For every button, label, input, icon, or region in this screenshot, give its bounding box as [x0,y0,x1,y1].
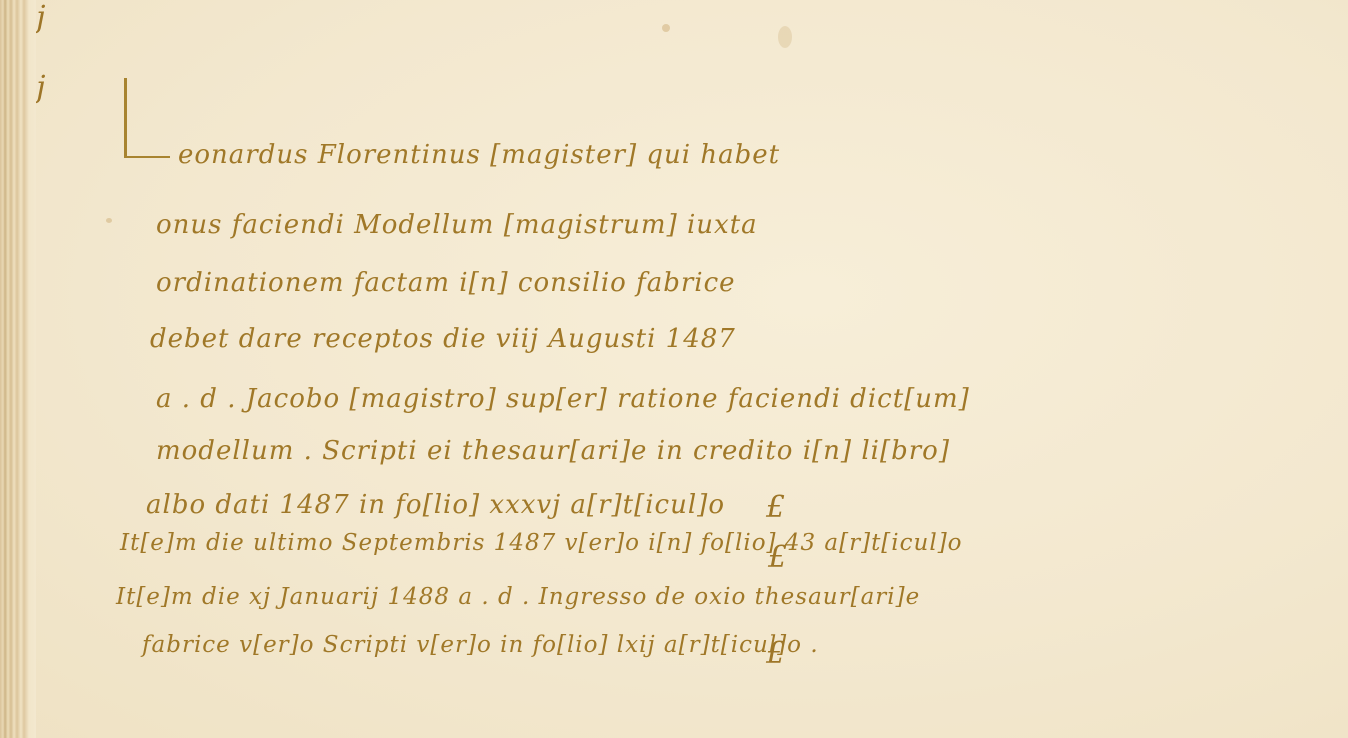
drop-cap: L [124,78,170,158]
amount-1-value: viij [0,0,1348,35]
manuscript-page: L eonardus Florentinus [magister] qui ha… [0,0,1348,738]
text-line-4: debet dare receptos die viij Augusti 148… [150,324,736,354]
paper-stain [662,24,670,32]
page-edges [0,0,36,738]
amount-2-value: viij [0,70,1348,105]
text-line-6: modellum . Scripti ei thesaur[ari]e in c… [156,436,950,466]
text-line-10: fabrice v[er]o Scripti v[er]o in fo[lio]… [142,632,819,658]
pound-mark: £ [766,636,786,671]
text-line-8: It[e]m die ultimo Septembris 1487 v[er]o… [120,530,963,556]
paper-stain [778,26,792,48]
text-line-9: It[e]m die xj Januarij 1488 a . d . Ingr… [116,584,920,610]
text-line-3: ordinationem factam i[n] consilio fabric… [156,268,736,298]
text-line-1: eonardus Florentinus [magister] qui habe… [178,140,780,170]
pound-mark: £ [766,490,786,525]
text-line-5: a . d . Jacobo [magistro] sup[er] ration… [156,384,970,414]
amount-2-unit: ß [0,105,1348,140]
text-line-7: albo dati 1487 in fo[lio] xxxvj a[r]t[ic… [146,490,725,520]
pound-mark: £ [768,540,788,575]
amount-3-unit: ß [0,175,1348,210]
text-line-2: onus faciendi Modellum [magistrum] iuxta [156,210,758,240]
amount-1-unit: ß [0,35,1348,70]
paper-stain [106,218,112,223]
